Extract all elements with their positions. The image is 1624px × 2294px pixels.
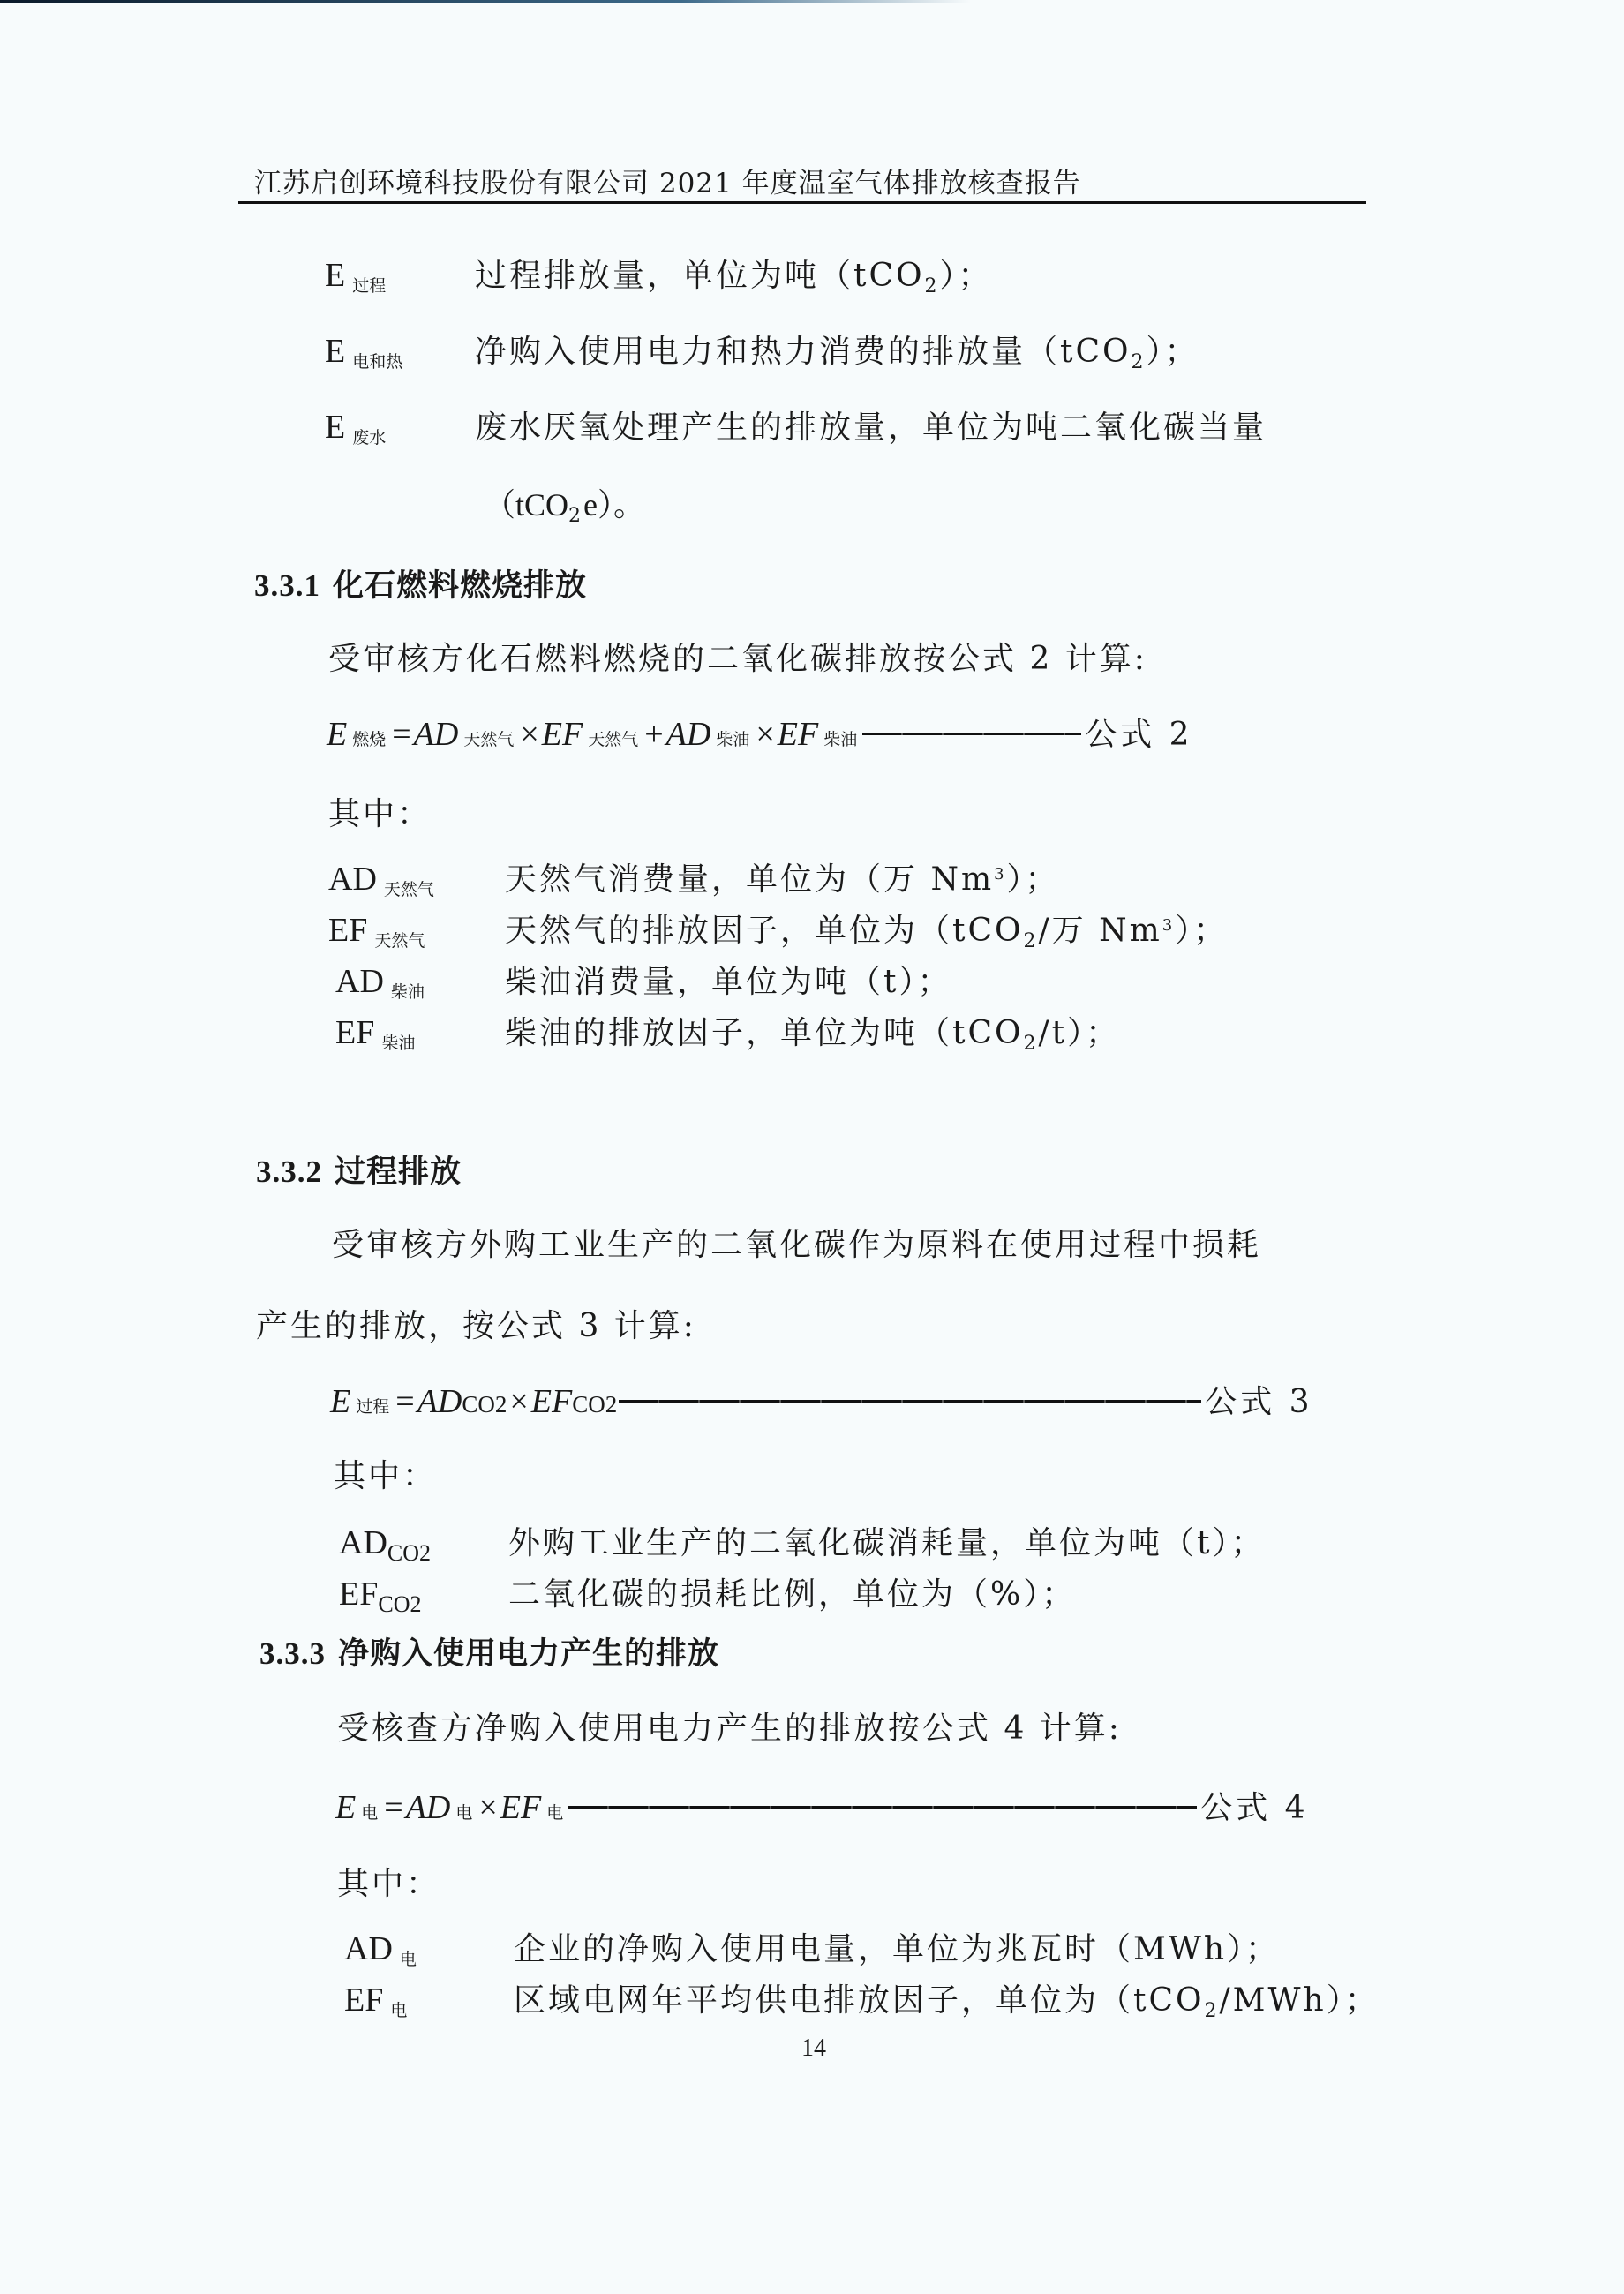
def-text-tail: ）； xyxy=(1007,861,1060,898)
def-text-main: 柴油消费量，单位为吨（t）； xyxy=(505,957,951,1002)
def-text-main: 企业的净购入使用电量，单位为兆瓦时（MWh）； xyxy=(514,1924,1280,1969)
running-header: 江苏启创环境科技股份有限公司 2021 年度温室气体排放核查报告 xyxy=(254,161,1081,200)
formula-4: E电=AD电×EF电公式 4 xyxy=(335,1783,1309,1828)
formula-term: EF xyxy=(500,1788,541,1827)
formula-leader-line xyxy=(568,1806,1197,1809)
section-heading-3-3-2: 3.3.2过程排放 xyxy=(256,1147,462,1192)
def-text-tail: ）； xyxy=(1147,334,1199,370)
def-subscript: 柴油 xyxy=(381,1034,415,1053)
formula-subscript: 过程 xyxy=(356,1394,389,1418)
def-subscript: 电 xyxy=(390,2002,407,2020)
definition-ad-diesel: AD柴油 柴油消费量，单位为吨（t）； xyxy=(335,957,951,1003)
section-332-intro-line1: 受审核方外购工业生产的二氧化碳作为原料在使用过程中损耗 xyxy=(332,1220,1261,1265)
times-sign: × xyxy=(509,1382,528,1421)
def-subscript: 天然气 xyxy=(384,881,434,899)
def-symbol: EF xyxy=(339,1576,378,1613)
definition-ef-co2: EFCO2 二氧化碳的损耗比例，单位为（%）； xyxy=(339,1569,1076,1618)
times-sign: × xyxy=(520,715,538,754)
section-333-intro: 受核查方净购入使用电力产生的排放按公式 4 计算: xyxy=(337,1704,1122,1749)
formula-term: AD xyxy=(406,1788,451,1827)
formula-subscript: CO2 xyxy=(572,1391,617,1418)
unit-close: e）。 xyxy=(583,487,645,523)
formula-term: AD xyxy=(417,1382,462,1421)
plus-sign: + xyxy=(644,715,663,754)
formula-term: EF xyxy=(778,715,818,754)
def-symbol: EF xyxy=(344,1982,383,2019)
def-symbol: AD xyxy=(344,1930,393,1967)
def-text-main: 净购入使用电力和热力消费的排放量（tCO xyxy=(475,334,1132,370)
formula-subscript: 柴油 xyxy=(716,726,749,750)
where-label: 其中： xyxy=(334,1451,437,1496)
def-symbol: EF xyxy=(335,1014,374,1051)
formula-term: AD xyxy=(666,715,711,754)
formula-subscript: 电 xyxy=(546,1800,563,1824)
def-text-main: 柴油的排放因子，单位为吨（tCO xyxy=(505,1015,1024,1051)
formula-subscript: 天然气 xyxy=(588,726,638,750)
header-rule xyxy=(238,201,1366,204)
def-subscript: 柴油 xyxy=(391,983,425,1002)
def-subscript: 过程 xyxy=(352,277,386,296)
def-text: 净购入使用电力和热力消费的排放量（tCO2）； xyxy=(475,327,1199,373)
subscript-2: 2 xyxy=(1205,2000,1220,2022)
formula-term: EF xyxy=(542,715,583,754)
formula-subscript: 电 xyxy=(361,1800,378,1824)
definition-ef-natural-gas: EF天然气 天然气的排放因子，单位为（tCO2/万 Nm3）； xyxy=(328,906,1228,952)
def-text-main: 区域电网年平均供电排放因子，单位为（tCO xyxy=(514,1982,1205,2019)
def-symbol: EF xyxy=(328,912,367,949)
def-text-main: 废水厌氧处理产生的排放量，单位为吨二氧化碳当量 xyxy=(475,402,1267,448)
formula-term: AD xyxy=(414,715,459,754)
section-331-intro: 受审核方化石燃料燃烧的二氧化碳排放按公式 2 计算: xyxy=(328,634,1147,679)
def-text-main: 过程排放量，单位为吨（tCO xyxy=(475,258,925,294)
def-symbol: E xyxy=(325,257,345,294)
definition-e-wastewater: E废水 废水厌氧处理产生的排放量，单位为吨二氧化碳当量 xyxy=(325,402,1267,448)
formula-subscript: 燃烧 xyxy=(352,726,386,750)
section-heading-3-3-3: 3.3.3净购入使用电力产生的排放 xyxy=(259,1629,719,1673)
def-subscript: 天然气 xyxy=(374,932,425,951)
formula-leader-line xyxy=(619,1400,1201,1403)
def-subscript: 电和热 xyxy=(352,353,402,372)
section-number: 3.3.2 xyxy=(256,1155,322,1189)
subscript-2: 2 xyxy=(568,505,583,527)
formula-subscript: CO2 xyxy=(462,1391,507,1418)
formula-label: 公式 3 xyxy=(1205,1377,1312,1422)
definition-ad-natural-gas: AD天然气 天然气消费量，单位为（万 Nm3）； xyxy=(328,854,1060,900)
section-number: 3.3.3 xyxy=(259,1636,326,1671)
def-subscript: 废水 xyxy=(352,429,386,448)
def-text-mid: /万 Nm xyxy=(1039,913,1162,949)
def-text-tail: ）； xyxy=(1175,913,1228,949)
times-sign: × xyxy=(756,715,774,754)
definition-ef-diesel: EF柴油 柴油的排放因子，单位为吨（tCO2/t）； xyxy=(335,1008,1120,1055)
def-symbol: AD xyxy=(335,963,384,1000)
subscript-2: 2 xyxy=(1024,1033,1039,1055)
page-number: 14 xyxy=(801,2035,826,2063)
definition-ad-electricity: AD电 企业的净购入使用电量，单位为兆瓦时（MWh）； xyxy=(344,1924,1280,1970)
def-text-main: 天然气消费量，单位为（万 Nm xyxy=(505,861,994,898)
def-text-main: 天然气的排放因子，单位为（tCO xyxy=(505,913,1024,949)
def-text-tail: /MWh）； xyxy=(1220,1982,1380,2019)
formula-label: 公式 2 xyxy=(1085,710,1192,755)
times-sign: × xyxy=(478,1788,497,1827)
def-symbol: AD xyxy=(339,1524,387,1561)
formula-lhs: E xyxy=(330,1382,350,1421)
superscript-3: 3 xyxy=(994,865,1006,884)
formula-subscript: 电 xyxy=(455,1800,472,1824)
formula-3: E过程=ADCO2×EFCO2公式 3 xyxy=(330,1377,1313,1422)
formula-2: E燃烧=AD天然气×EF天然气+AD柴油×EF柴油公式 2 xyxy=(327,710,1193,755)
section-title: 化石燃料燃烧排放 xyxy=(333,568,587,604)
formula-leader-line xyxy=(862,733,1081,735)
definition-e-wastewater-continuation: （tCO2e）。 xyxy=(484,480,645,527)
section-heading-3-3-1: 3.3.1化石燃料燃烧排放 xyxy=(254,561,587,605)
subscript-2: 2 xyxy=(1132,351,1147,373)
formula-term: EF xyxy=(531,1382,572,1421)
definition-ad-co2: ADCO2 外购工业生产的二氧化碳消耗量，单位为吨（t）； xyxy=(339,1518,1265,1567)
def-symbol: AD xyxy=(328,861,377,898)
def-subscript: 电 xyxy=(400,1951,417,1969)
formula-label: 公式 4 xyxy=(1200,1783,1308,1828)
where-label: 其中： xyxy=(328,789,432,834)
scan-edge-artifact xyxy=(0,0,971,3)
subscript-2: 2 xyxy=(925,275,940,297)
formula-lhs: E xyxy=(327,715,347,754)
where-label: 其中： xyxy=(337,1859,440,1904)
unit-open: （tCO xyxy=(484,487,568,523)
section-332-intro-line2: 产生的排放，按公式 3 计算: xyxy=(256,1301,696,1346)
equals-sign: = xyxy=(384,1788,402,1827)
def-subscript: CO2 xyxy=(387,1540,431,1566)
section-number: 3.3.1 xyxy=(254,568,320,603)
definition-e-process: E过程 过程排放量，单位为吨（tCO2）； xyxy=(325,251,993,297)
def-symbol: E xyxy=(325,409,345,446)
definition-e-electricity-heat: E电和热 净购入使用电力和热力消费的排放量（tCO2）； xyxy=(325,327,1199,373)
formula-lhs: E xyxy=(335,1788,356,1827)
def-text-tail: /t）； xyxy=(1039,1015,1121,1051)
section-title: 净购入使用电力产生的排放 xyxy=(338,1636,719,1672)
def-text-main: 二氧化碳的损耗比例，单位为（%）； xyxy=(508,1569,1076,1614)
def-text: 过程排放量，单位为吨（tCO2）； xyxy=(475,251,993,297)
def-subscript: CO2 xyxy=(378,1591,421,1617)
formula-subscript: 柴油 xyxy=(823,726,857,750)
equals-sign: = xyxy=(392,715,410,754)
def-text-main: 外购工业生产的二氧化碳消耗量，单位为吨（t）； xyxy=(508,1518,1265,1563)
equals-sign: = xyxy=(395,1382,414,1421)
def-symbol: E xyxy=(325,333,345,370)
superscript-3: 3 xyxy=(1162,916,1175,935)
def-text-tail: ）； xyxy=(940,258,993,294)
definition-ef-electricity: EF电 区域电网年平均供电排放因子，单位为（tCO2/MWh）； xyxy=(344,1975,1380,2022)
section-title: 过程排放 xyxy=(335,1154,462,1190)
formula-subscript: 天然气 xyxy=(463,726,514,750)
subscript-2: 2 xyxy=(1024,930,1039,952)
